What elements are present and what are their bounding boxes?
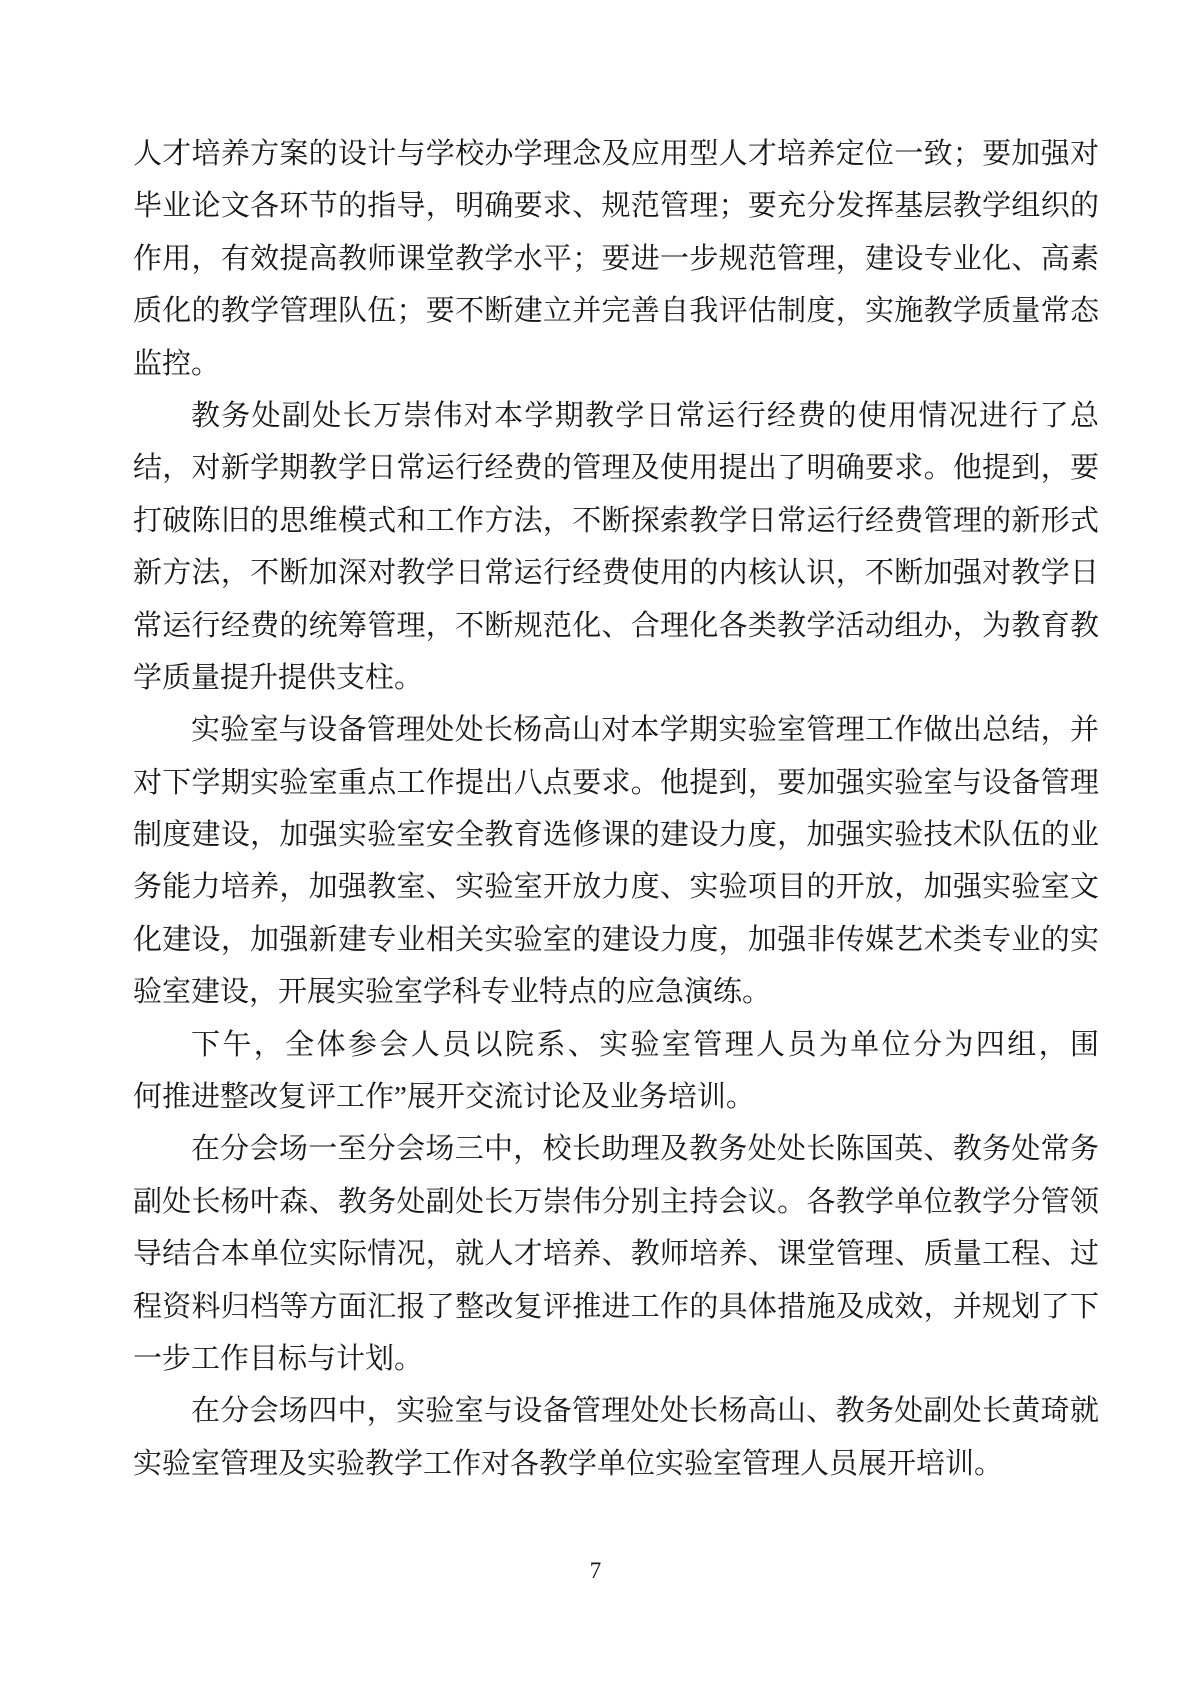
text-line: 化建设，加强新建专业相关实验室的建设力度，加强非传媒艺术类专业的实 — [133, 914, 1099, 966]
paragraph: 在分会场四中，实验室与设备管理处处长杨高山、教务处副处长黄琦就 实验室管理及实验… — [133, 1385, 1099, 1490]
text-line: 结，对新学期教学日常运行经费的管理及使用提出了明确要求。他提到，要 — [133, 442, 1099, 494]
text-line: 质化的教学管理队伍；要不断建立并完善自我评估制度，实施教学质量常态 — [133, 285, 1099, 337]
text-line: 导结合本单位实际情况，就人才培养、教师培养、课堂管理、质量工程、过 — [133, 1228, 1099, 1280]
document-body: 人才培养方案的设计与学校办学理念及应用型人才培养定位一致；要加强对 毕业论文各环… — [133, 128, 1099, 1490]
paragraph: 在分会场一至分会场三中，校长助理及教务处处长陈国英、教务处常务 副处长杨叶森、教… — [133, 1123, 1099, 1385]
text-line: 副处长杨叶森、教务处副处长万崇伟分别主持会议。各教学单位教学分管领 — [133, 1176, 1099, 1228]
text-line: 一步工作目标与计划。 — [133, 1333, 1099, 1385]
text-line: 程资料归档等方面汇报了整改复评推进工作的具体措施及成效，并规划了下 — [133, 1281, 1099, 1333]
text-line: 何推进整改复评工作”展开交流讨论及业务培训。 — [133, 1071, 1099, 1123]
text-line: 教务处副处长万崇伟对本学期教学日常运行经费的使用情况进行了总 — [133, 390, 1099, 442]
text-line: 下午，全体参会人员以院系、实验室管理人员为单位分为四组，围绕“如 — [133, 1019, 1099, 1071]
text-line: 务能力培养，加强教室、实验室开放力度、实验项目的开放，加强实验室文 — [133, 861, 1099, 913]
text-line: 验室建设，开展实验室学科专业特点的应急演练。 — [133, 966, 1099, 1018]
paragraph: 下午，全体参会人员以院系、实验室管理人员为单位分为四组，围绕“如 何推进整改复评… — [133, 1019, 1099, 1124]
page-number: 7 — [0, 1556, 1191, 1586]
paragraph: 人才培养方案的设计与学校办学理念及应用型人才培养定位一致；要加强对 毕业论文各环… — [133, 128, 1099, 390]
text-line: 人才培养方案的设计与学校办学理念及应用型人才培养定位一致；要加强对 — [133, 128, 1099, 180]
text-line: 在分会场四中，实验室与设备管理处处长杨高山、教务处副处长黄琦就 — [133, 1385, 1099, 1437]
text-line: 打破陈旧的思维模式和工作方法，不断探索教学日常运行经费管理的新形式 — [133, 495, 1099, 547]
text-line: 监控。 — [133, 338, 1099, 390]
document-page: 人才培养方案的设计与学校办学理念及应用型人才培养定位一致；要加强对 毕业论文各环… — [0, 0, 1191, 1684]
text-line: 作用，有效提高教师课堂教学水平；要进一步规范管理，建设专业化、高素 — [133, 233, 1099, 285]
text-line: 对下学期实验室重点工作提出八点要求。他提到，要加强实验室与设备管理 — [133, 757, 1099, 809]
text-line: 实验室管理及实验教学工作对各教学单位实验室管理人员展开培训。 — [133, 1438, 1099, 1490]
text-line: 毕业论文各环节的指导，明确要求、规范管理；要充分发挥基层教学组织的 — [133, 180, 1099, 232]
text-line: 在分会场一至分会场三中，校长助理及教务处处长陈国英、教务处常务 — [133, 1123, 1099, 1175]
paragraph: 实验室与设备管理处处长杨高山对本学期实验室管理工作做出总结，并 对下学期实验室重… — [133, 704, 1099, 1018]
text-line: 实验室与设备管理处处长杨高山对本学期实验室管理工作做出总结，并 — [133, 704, 1099, 756]
text-line: 制度建设，加强实验室安全教育选修课的建设力度，加强实验技术队伍的业 — [133, 809, 1099, 861]
text-line: 新方法，不断加深对教学日常运行经费使用的内核认识，不断加强对教学日 — [133, 547, 1099, 599]
text-line: 学质量提升提供支柱。 — [133, 652, 1099, 704]
text-line: 常运行经费的统筹管理，不断规范化、合理化各类教学活动组办，为教育教 — [133, 600, 1099, 652]
paragraph: 教务处副处长万崇伟对本学期教学日常运行经费的使用情况进行了总 结，对新学期教学日… — [133, 390, 1099, 704]
